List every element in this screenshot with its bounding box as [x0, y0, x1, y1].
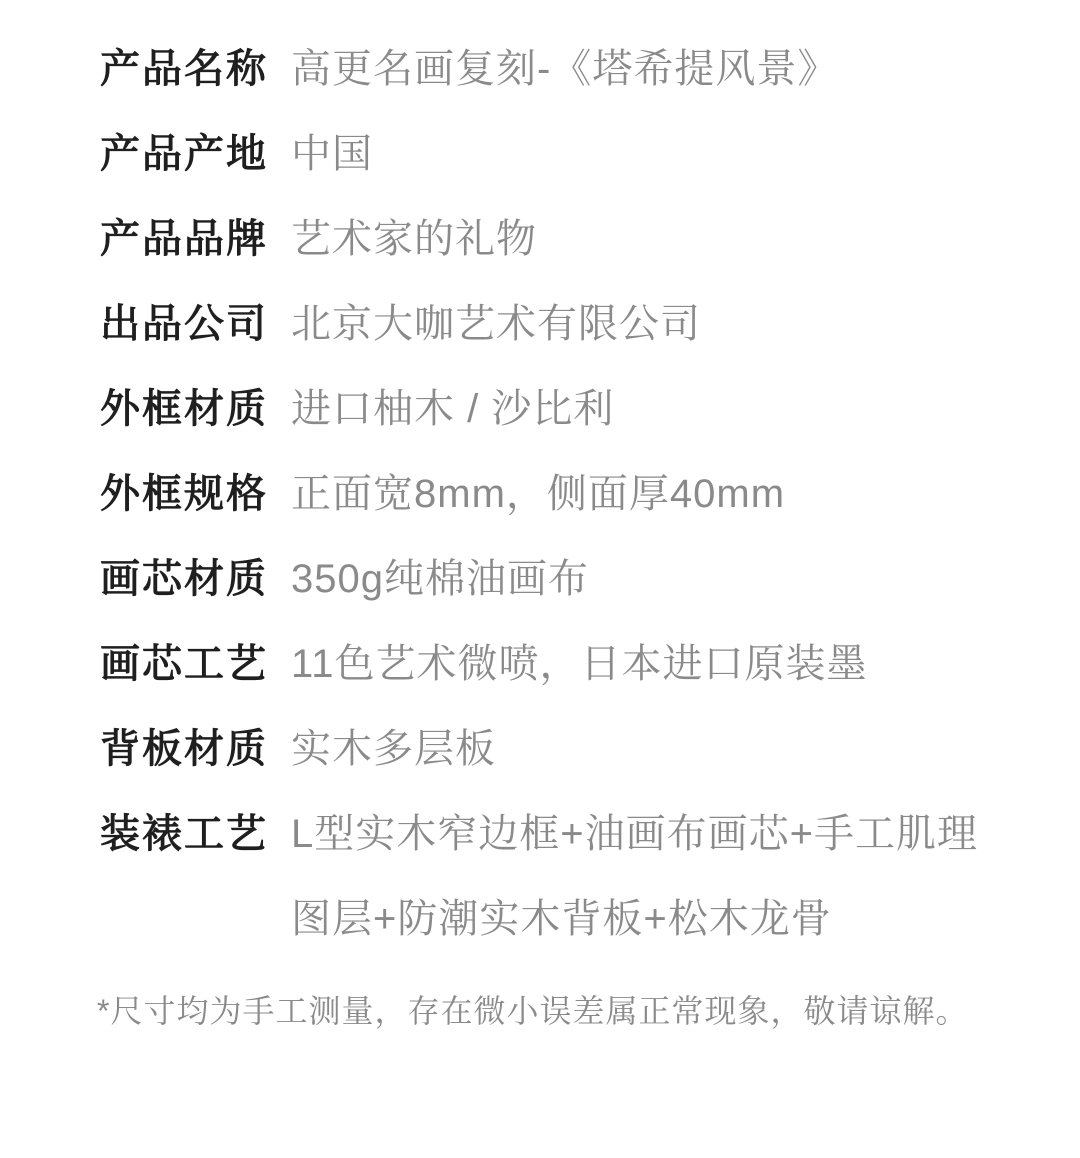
- spec-row: 背板材质 实木多层板: [100, 707, 990, 792]
- spec-value: 艺术家的礼物: [291, 197, 537, 282]
- spec-row: 画芯工艺 11色艺术微喷，日本进口原装墨: [100, 622, 990, 707]
- spec-label: 画芯材质: [100, 537, 272, 622]
- spec-label: 画芯工艺: [100, 622, 272, 707]
- spec-row: 画芯材质 350g纯棉油画布: [100, 537, 990, 622]
- spec-value: 北京大咖艺术有限公司: [291, 282, 701, 367]
- spec-label: 产品品牌: [100, 197, 272, 282]
- spec-label: 外框材质: [100, 367, 272, 452]
- spec-value: 中国: [291, 112, 373, 197]
- spec-label: 外框规格: [100, 452, 272, 537]
- spec-value: 高更名画复刻-《塔希提风景》: [291, 27, 838, 112]
- spec-row: 产品产地 中国: [100, 112, 990, 197]
- spec-value: 350g纯棉油画布: [291, 537, 589, 622]
- spec-value: L型实木窄边框+油画布画芯+手工肌理图层+防潮实木背板+松木龙骨: [291, 792, 990, 962]
- spec-row: 外框材质 进口柚木 / 沙比利: [100, 367, 990, 452]
- spec-value: 进口柚木 / 沙比利: [291, 367, 614, 452]
- spec-row: 出品公司 北京大咖艺术有限公司: [100, 282, 990, 367]
- spec-label: 装裱工艺: [100, 792, 272, 877]
- spec-value: 正面宽8mm，侧面厚40mm: [291, 452, 785, 537]
- spec-label: 产品产地: [100, 112, 272, 197]
- spec-row: 产品名称 高更名画复刻-《塔希提风景》: [100, 27, 990, 112]
- spec-label: 产品名称: [100, 27, 272, 112]
- spec-row: 产品品牌 艺术家的礼物: [100, 197, 990, 282]
- spec-value: 实木多层板: [291, 707, 496, 792]
- spec-row: 装裱工艺 L型实木窄边框+油画布画芯+手工肌理图层+防潮实木背板+松木龙骨: [100, 792, 990, 962]
- spec-row: 外框规格 正面宽8mm，侧面厚40mm: [100, 452, 990, 537]
- spec-value: 11色艺术微喷，日本进口原装墨: [291, 622, 868, 707]
- spec-label: 背板材质: [100, 707, 272, 792]
- spec-label: 出品公司: [100, 282, 272, 367]
- measurement-disclaimer-note: *尺寸均为手工测量，存在微小误差属正常现象，敬请谅解。: [97, 986, 990, 1036]
- product-spec-table: 产品名称 高更名画复刻-《塔希提风景》 产品产地 中国 产品品牌 艺术家的礼物 …: [0, 0, 1080, 962]
